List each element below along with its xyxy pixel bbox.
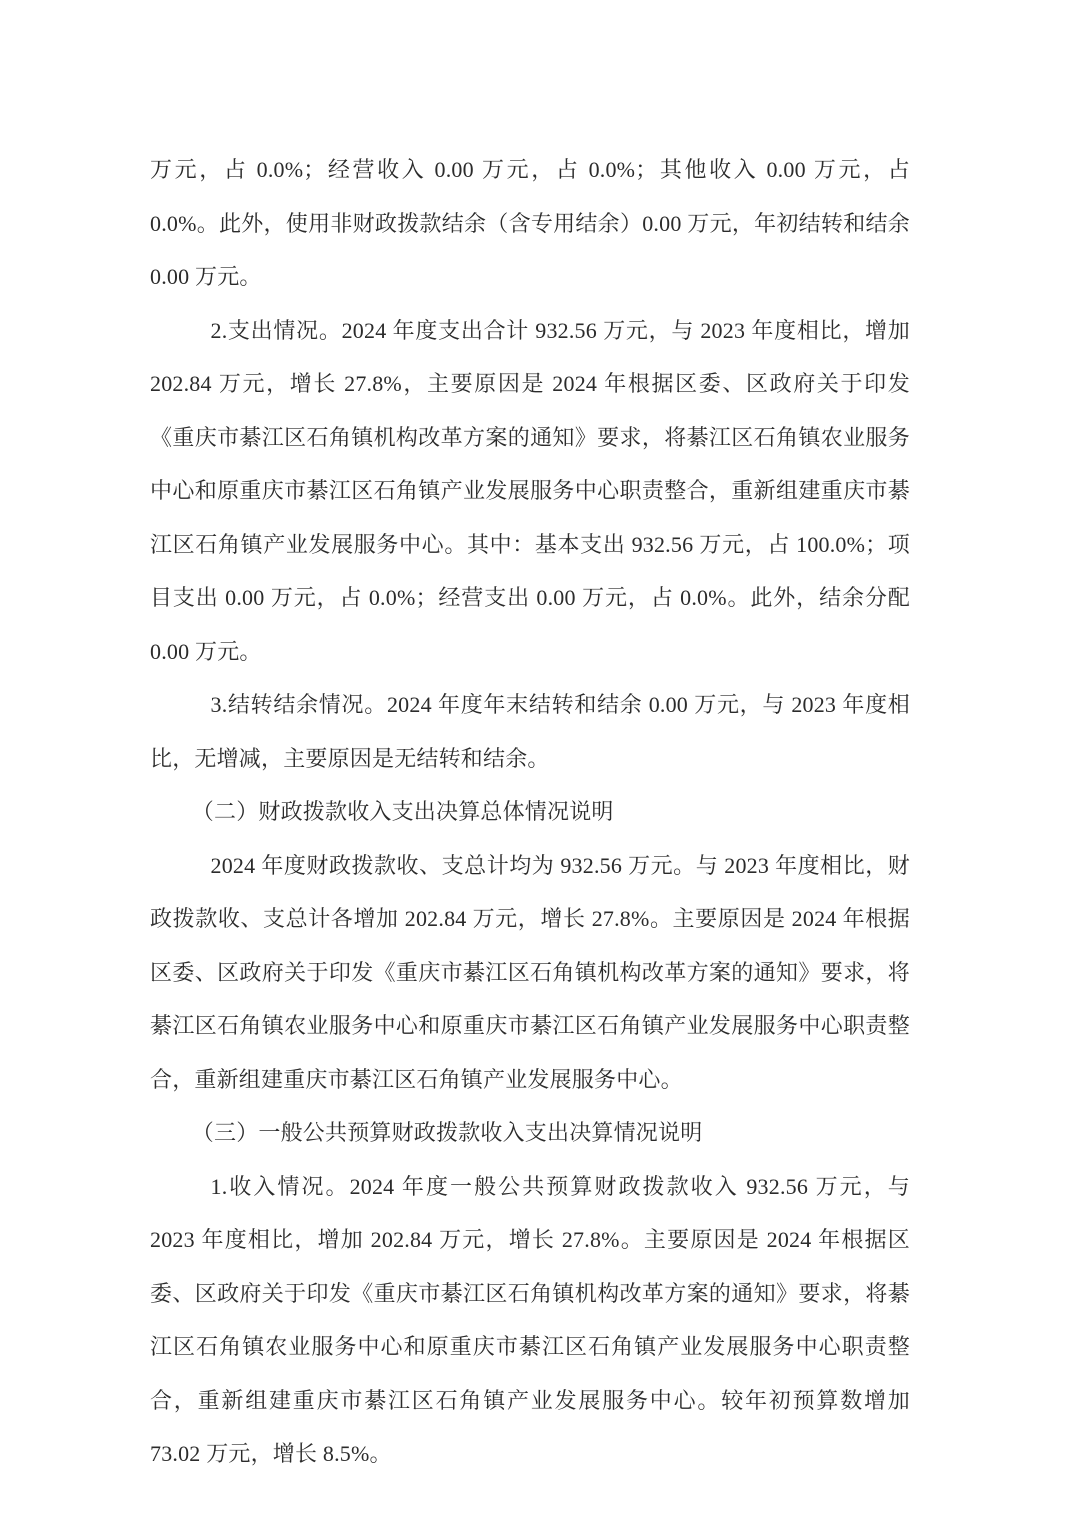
paragraph-income: 1.收入情况。2024 年度一般公共预算财政拨款收入 932.56 万元，与 2… bbox=[150, 1160, 910, 1481]
paragraph-continuation: 万元，占 0.0%；经营收入 0.00 万元，占 0.0%；其他收入 0.00 … bbox=[150, 143, 910, 304]
document-page: 万元，占 0.0%；经营收入 0.00 万元，占 0.0%；其他收入 0.00 … bbox=[0, 0, 1074, 1520]
section-heading-2: （二）财政拨款收入支出决算总体情况说明 bbox=[150, 785, 910, 839]
document-body: 万元，占 0.0%；经营收入 0.00 万元，占 0.0%；其他收入 0.00 … bbox=[150, 143, 910, 1481]
section-heading-3: （三）一般公共预算财政拨款收入支出决算情况说明 bbox=[150, 1106, 910, 1160]
paragraph-expenditure: 2.支出情况。2024 年度支出合计 932.56 万元，与 2023 年度相比… bbox=[150, 304, 910, 679]
paragraph-carryover: 3.结转结余情况。2024 年度年末结转和结余 0.00 万元，与 2023 年… bbox=[150, 678, 910, 785]
paragraph-fiscal-appropriation-overview: 2024 年度财政拨款收、支总计均为 932.56 万元。与 2023 年度相比… bbox=[150, 839, 910, 1107]
